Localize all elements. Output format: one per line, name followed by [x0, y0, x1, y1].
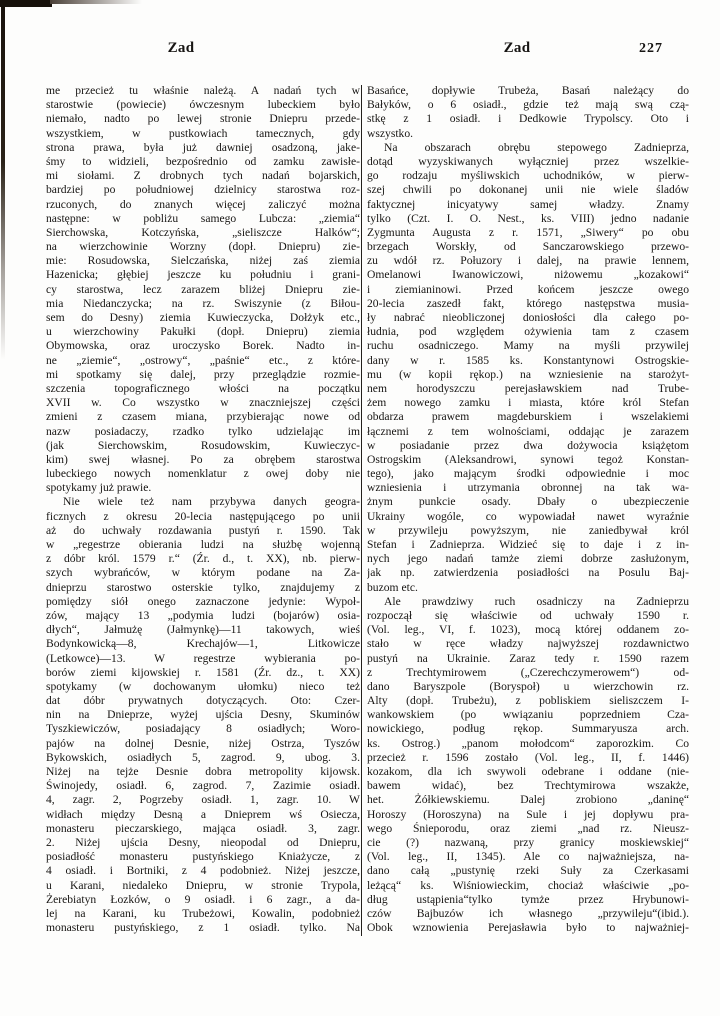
text-line: Obok wznowienia Perejasławia było to naj… — [367, 921, 689, 935]
text-line: w posiadanie przez dwa dożywocia książęt… — [367, 439, 689, 453]
running-head-left: Zad — [168, 40, 195, 57]
text-line: nem horodyszczu perejasławskiem nad Trub… — [367, 382, 689, 396]
text-line: ły nabrać nieobliczonej doniosłości dla … — [367, 311, 689, 325]
text-line: bardziej po południowej dzielnicy staros… — [46, 183, 360, 197]
page-number: 227 — [639, 41, 663, 57]
text-line: Hazenicka; głębiej jeszcze ku południu i… — [46, 268, 360, 282]
text-line: wzniesienia i utrzymania obronnej na tak… — [367, 481, 689, 495]
text-line: Ale prawdziwy ruch osadniczy na Zadniepr… — [367, 595, 689, 609]
text-line: Stefan i Zadnieprza. Widzieć się to daje… — [367, 538, 689, 552]
text-line: 4 osiadł. i Bortniki, z 4 podobnież. Niż… — [46, 864, 360, 878]
text-line: Na obszarach obrębu stepowego Zadnieprza… — [367, 141, 689, 155]
text-line: borów ziemi kijowskiej r. 1581 (Źr. dz.,… — [46, 666, 360, 680]
text-line: (Vol. leg., VI, f. 1023), mocą której od… — [367, 623, 689, 637]
text-line: dnieprzu starostwo osterskie tylko, znaj… — [46, 581, 360, 595]
text-line: faktycznej inicyatywy samej władzy. Znam… — [367, 198, 689, 212]
text-line: Zygmunta Augusta z r. 1571, „Siwery“ po … — [367, 226, 689, 240]
text-line: Świnojedy, osiadł. 6, zagrod. 7, Zazimie… — [46, 779, 360, 793]
text-line: pustyń na Ukrainie. Zaraz tedy r. 1590 r… — [367, 652, 689, 666]
text-line: dany w r. 1585 ks. Konstantynowi Ostrogs… — [367, 354, 689, 368]
text-line: cie (?) nazwaną, przy granicy moskiewski… — [367, 836, 689, 850]
text-line: Basańce, dopływie Trubeża, Basań należąc… — [367, 84, 689, 98]
text-line: dano całą „pustynię rzeki Suły za Czerka… — [367, 864, 689, 878]
text-line: Bałyków, o 6 osiadł., gdzie też mają swą… — [367, 98, 689, 112]
text-line: Horoszy (Horoszyna) na Sule i jej dopływ… — [367, 808, 689, 822]
text-line: szczenia topograficznego włości na począ… — [46, 382, 360, 396]
text-line: dług ustąpienia“tylko tymże przez Hrybun… — [367, 893, 689, 907]
text-line: ficznych z okresu 20-lecia następującego… — [46, 510, 360, 524]
text-line: ruchu osadniczego. Mamy na myśli przywil… — [367, 339, 689, 353]
text-line: strona prawa, była już dawniej osadzoną,… — [46, 141, 360, 155]
text-line: śmy to widzieli, bezpośrednio od zamku z… — [46, 155, 360, 169]
text-line: stkę z 1 osiadł. i Dedkowie Trypolscy. O… — [367, 112, 689, 126]
text-line: ne „ziemie“, „ostrowy“, „paśnie“ etc., z… — [46, 354, 360, 368]
text-line: monasteru pustyńskiego, z 1 osiadł. tylk… — [46, 921, 360, 935]
text-line: XVII w. Co wszystko w znaczniejszej częś… — [46, 396, 360, 410]
text-line: tylko (Czt. I. O. Nest., ks. VIII) jedno… — [367, 212, 689, 226]
scan-edge-artifact — [1, 0, 5, 360]
text-line: przecież r. 1596 zostało (Vol. leg., II,… — [367, 751, 689, 765]
text-line: wszystko. — [367, 127, 689, 141]
text-line: starostwie (powiecie) ówczesnym lubeckie… — [46, 98, 360, 112]
text-line: pajów na dolnej Desnie, niżej Ostrza, Ty… — [46, 737, 360, 751]
text-line: Omelanowi Iwanowiczowi, niżowemu „kozako… — [367, 268, 689, 282]
text-line: szych wybrańców, w którym podane na Za- — [46, 566, 360, 580]
text-line: zów, mający 13 „podymia ludzi (bojarów) … — [46, 609, 360, 623]
text-line: w przywileju powyższym, nie zaniedbywał … — [367, 524, 689, 538]
text-line: łudnia, pod względem ożywienia tam z cza… — [367, 325, 689, 339]
text-line: szej chwili po dokonanej unii nie wiele … — [367, 183, 689, 197]
text-line: u wierzchowiny Pakułki (dopł. Dniepru) z… — [46, 325, 360, 339]
text-line: sem do Desny) ziemia Kuwieczycka, Dołżyk… — [46, 311, 360, 325]
book-page: Zad Zad 227 me przecież tu właśnie należ… — [0, 0, 720, 1016]
text-line: mia Niedanczycka; na rz. Swiszynie (z Bi… — [46, 297, 360, 311]
text-line: 20-lecia zaszedł fakt, którego następstw… — [367, 297, 689, 311]
scan-corner-smudge — [50, 0, 142, 4]
text-line: stało w ręce władzy najwyższej rozdawnic… — [367, 637, 689, 651]
text-line: leżącą“ ks. Wiśniowieckim, chociaż właśc… — [367, 879, 689, 893]
text-line: mie: Rosudowska, Sielczańska, niżej zaś … — [46, 254, 360, 268]
text-line: het. Żółkiewskiemu. Dalej zrobiono „dani… — [367, 793, 689, 807]
text-line: Alty (dopł. Trubeżu), z pobliskiem sieli… — [367, 694, 689, 708]
text-line: Tyszkiewiczów, posiadający 8 osiadłych; … — [46, 722, 360, 736]
text-line: (Letkowce)—13. W regestrze wybierania po… — [46, 652, 360, 666]
text-line: spotykamy (w dochowanym ułomku) nieco te… — [46, 680, 360, 694]
text-column-right: Basańce, dopływie Trubeża, Basań należąc… — [367, 84, 689, 935]
text-line: brzegach Worskły, od Sanczarowskiego prz… — [367, 240, 689, 254]
text-line: niemało, nadto po lewej stronie Dniepru … — [46, 112, 360, 126]
text-line: lubeckiego nowych nomenklatur z owej dob… — [46, 467, 360, 481]
text-line: Żerebiatyn Łozków, o 9 osiadł. i 6 zagr.… — [46, 893, 360, 907]
text-line: me przecież tu właśnie należą. A nadań t… — [46, 84, 360, 98]
text-line: z Trechtymirowem („Czerechczymerowem“) o… — [367, 666, 689, 680]
text-line: wszystkiem, w pustkowiach tamecznych, gd… — [46, 127, 360, 141]
text-line: spotykamy już prawie. — [46, 481, 360, 495]
text-line: 4, zagr. 2, Pogrzeby osiadł. 1, zagr. 10… — [46, 793, 360, 807]
running-head-right: Zad — [504, 40, 531, 57]
text-line: aż do uchwały rozdawania pustyń r. 1590.… — [46, 524, 360, 538]
text-line: ks. Ostrog.) „panom mołodcom“ zaporozkim… — [367, 737, 689, 751]
text-line: widłach między Desną a Dnieprem wś Osiec… — [46, 808, 360, 822]
text-line: łącznemi z tem wolnościami, oddając je z… — [367, 425, 689, 439]
text-line: czów Bajbuzów ich własnego „przywileju“(… — [367, 907, 689, 921]
text-line: dat dóbr prywatnych dotyczących. Oto: Cz… — [46, 694, 360, 708]
text-line: w „regestrze obierania ludzi na służbę w… — [46, 538, 360, 552]
text-line: tego), jako mającym środki odpowiednie i… — [367, 467, 689, 481]
text-line: buzom etc. — [367, 581, 689, 595]
text-line: kim) swej własnej. Po za obrębem starost… — [46, 453, 360, 467]
text-line: bawem widać), bez Trechtymirowa wszakże, — [367, 779, 689, 793]
text-line: pomiędzy siół onego zaznaczone jedynie: … — [46, 595, 360, 609]
text-line: rozpoczął się właściwie od uchwały 1590 … — [367, 609, 689, 623]
column-divider — [361, 85, 362, 936]
text-line: dotąd wyzyskiwanych wyłączniej przez wsz… — [367, 155, 689, 169]
text-line: Bodynkowicką—8, Krechajów—1, Litkowicze — [46, 637, 360, 651]
text-line: zu wdół rz. Połuzory i dalej, na prawie … — [367, 254, 689, 268]
text-line: wankowskiem (po wwiązaniu poprzedniem Cz… — [367, 708, 689, 722]
text-line: lej na Karani, ku Trubeżowi, Kowalin, po… — [46, 907, 360, 921]
text-line: wego Śnieporodu, oraz ziemi „nad rz. Nie… — [367, 822, 689, 836]
text-line: żem nowego zamku i miasta, które król St… — [367, 396, 689, 410]
text-line: dano Baryszpole (Boryspoł) u wierzchowin… — [367, 680, 689, 694]
text-line: z dóbr król. 1579 r.“ (Źr. d., t. XX), n… — [46, 552, 360, 566]
text-line: posiadłość monasteru pustyńskiego Kniaży… — [46, 850, 360, 864]
text-line: mi siołami. Z drobnych tych nadań bojars… — [46, 169, 360, 183]
text-line: u Karani, niedaleko Dniepru, w stronie T… — [46, 879, 360, 893]
text-line: nin na Dnieprze, wyżej ujścia Desny, Sku… — [46, 708, 360, 722]
text-line: Bykowskich, osiadłych 5, zagrod. 9, ubog… — [46, 751, 360, 765]
text-line: Obymowska, oraz uroczysko Borek. Nadto i… — [46, 339, 360, 353]
text-line: nych jego nadań tamże ziemi dobrze zasłu… — [367, 552, 689, 566]
text-line: go rodzaju myśliwskich uchodników, w pie… — [367, 169, 689, 183]
text-line: Ostrogskim (Aleksandrowi, synowi tegoż K… — [367, 453, 689, 467]
text-line: jak np. zatwierdzenia posiadłości na Pos… — [367, 566, 689, 580]
text-line: zmieni z czasem miana, przybierając nowe… — [46, 410, 360, 424]
text-line: Sierchowska, Kotczyńska, „sieliszcze Hal… — [46, 226, 360, 240]
text-line: obdarza prawem magdeburskiem i wszelakie… — [367, 410, 689, 424]
text-line: nowickiego, podług rękop. Summaryusza ar… — [367, 722, 689, 736]
text-line: (jak Sierchowskim, Rosudowskim, Kuwieczy… — [46, 439, 360, 453]
text-line: Nie wiele też nam przybywa danych geogra… — [46, 495, 360, 509]
text-column-left: me przecież tu właśnie należą. A nadań t… — [46, 84, 360, 935]
scan-corner-artifact — [0, 0, 52, 7]
text-line: na wierzchowinie Worzny (dopł. Dniepru) … — [46, 240, 360, 254]
text-line: Ukrainy wogóle, co wypowiadał nawet wyra… — [367, 510, 689, 524]
text-line: cy starostwa, lecz zarazem bliżej Dniepr… — [46, 283, 360, 297]
text-line: monasteru pieczarskiego, mająca osiadł. … — [46, 822, 360, 836]
text-line: żnym punkcie osady. Dbały o ubezpieczeni… — [367, 495, 689, 509]
text-line: rzuconych, do znanych więcej zaliczyć mo… — [46, 198, 360, 212]
text-line: nazw posiadaczy, rzadko tylko udzielając… — [46, 425, 360, 439]
text-line: mi spotkamy się dalej, przy przeglądzie … — [46, 368, 360, 382]
text-line: następne: w pobliżu samego Lubcza: „ziem… — [46, 212, 360, 226]
text-line: i ziemianinowi. Przed końcem jeszcze owe… — [367, 283, 689, 297]
text-line: dłych“, Jałmużę (Jałmynkę)—11 takowych, … — [46, 623, 360, 637]
text-line: mu (w kopii rękop.) na wzniesienie na st… — [367, 368, 689, 382]
text-line: Niżej na tejże Desnie dobra metropolity … — [46, 765, 360, 779]
text-line: 2. Niżej ujścia Desny, nieopodal od Dnie… — [46, 836, 360, 850]
text-line: kozakom, dla ich swywoli odebrane i odda… — [367, 765, 689, 779]
text-line: (Vol. leg., II, 1345). Ale co najważniej… — [367, 850, 689, 864]
